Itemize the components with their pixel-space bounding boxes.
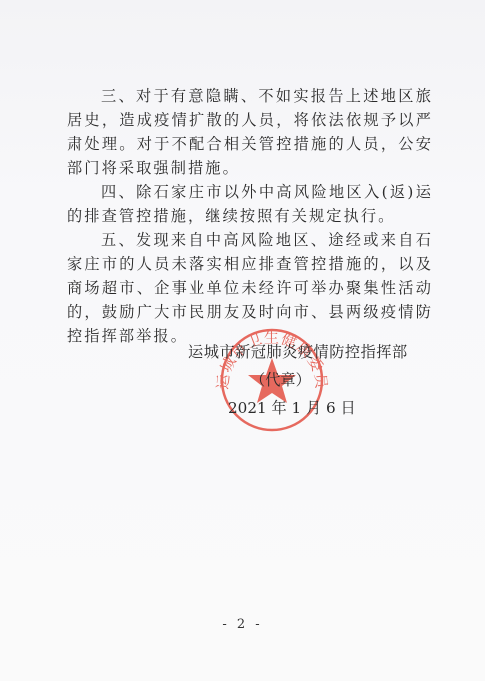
signature-block: 运城市新冠肺炎疫情防控指挥部 （代章） 2021 年 1 月 6 日 (188, 338, 428, 422)
seal-label: （代章） (188, 366, 428, 394)
document-body: 三、对于有意隐瞒、不如实报告上述地区旅居史，造成疫情扩散的人员，将依法依规予以严… (67, 84, 433, 348)
paragraph-3: 三、对于有意隐瞒、不如实报告上述地区旅居史，造成疫情扩散的人员，将依法依规予以严… (67, 84, 433, 180)
issuing-organization: 运城市新冠肺炎疫情防控指挥部 (188, 338, 428, 366)
page-number: - 2 - (0, 617, 485, 632)
paragraph-4: 四、除石家庄市以外中高风险地区入(返)运的排查管控措施，继续按照有关规定执行。 (67, 180, 433, 228)
paragraph-5: 五、发现来自中高风险地区、途经或来自石家庄市的人员未落实相应排查管控措施的，以及… (67, 228, 433, 348)
document-page: 三、对于有意隐瞒、不如实报告上述地区旅居史，造成疫情扩散的人员，将依法依规予以严… (0, 0, 485, 681)
issue-date: 2021 年 1 月 6 日 (188, 394, 428, 422)
